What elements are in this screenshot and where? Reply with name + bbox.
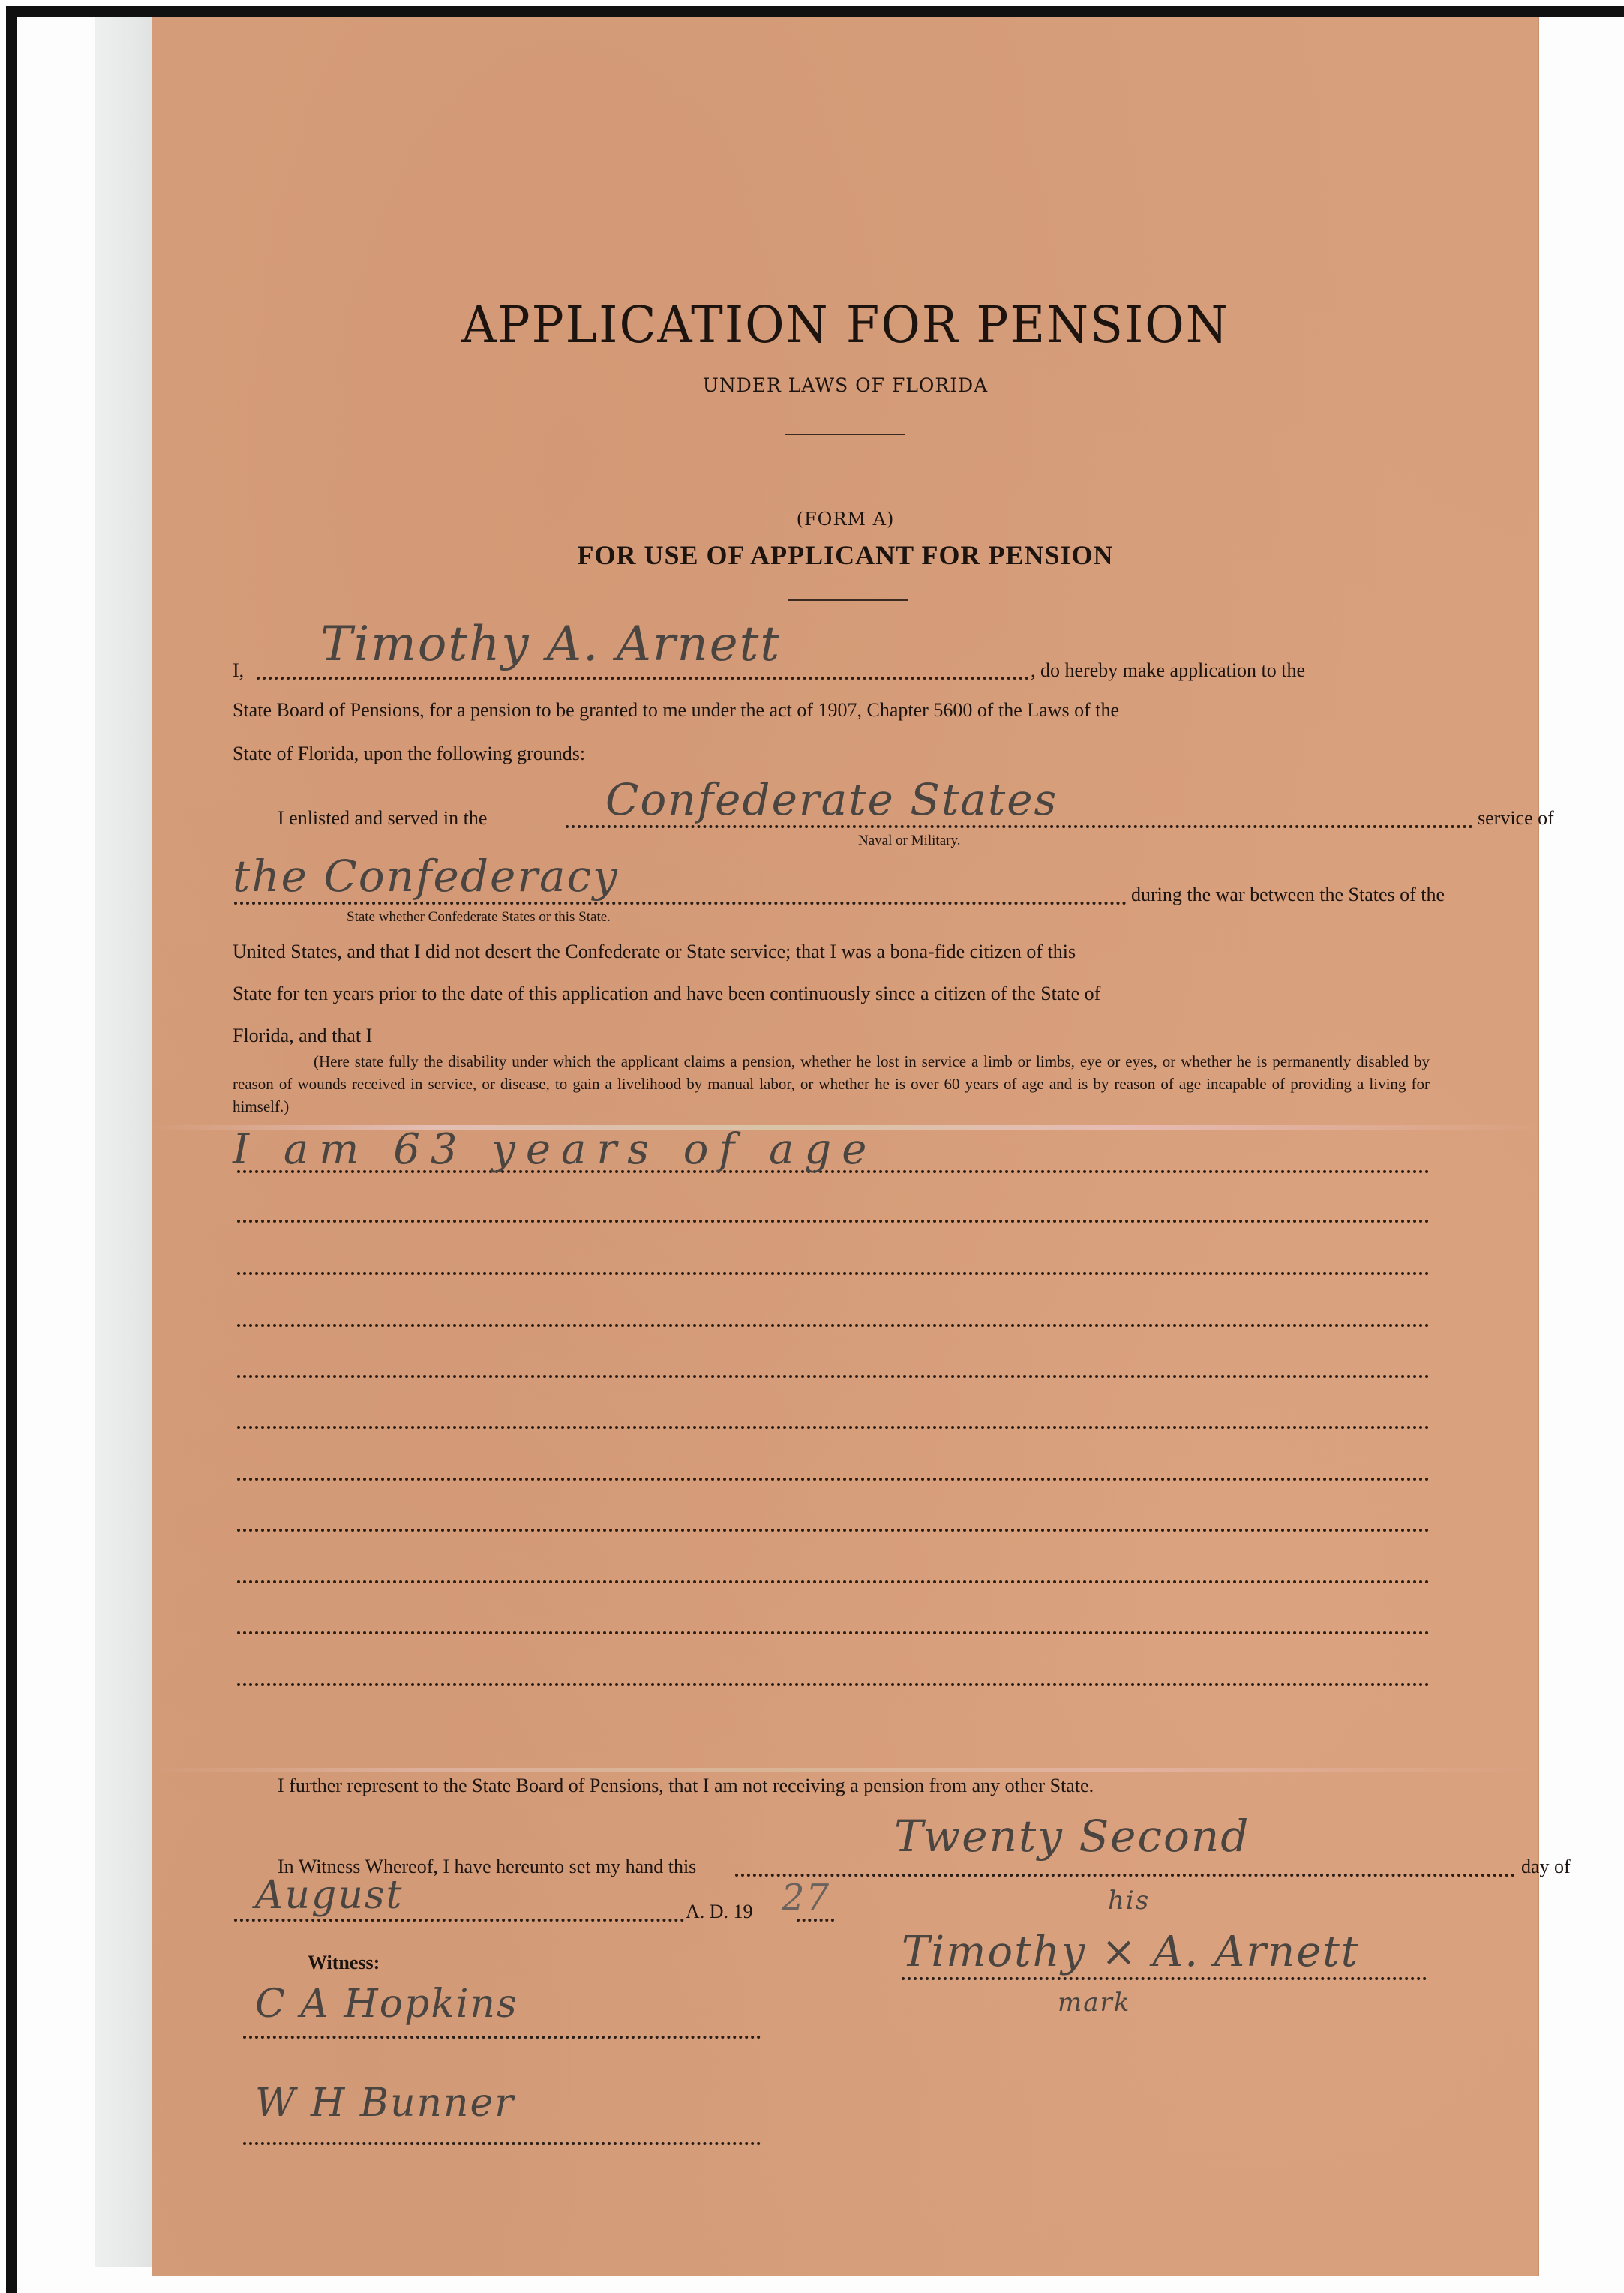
applicant-suffix: , do hereby make application to the [1031,658,1376,683]
disability-line-5[interactable] [237,1375,1430,1378]
witness-label: Witness: [308,1950,533,1976]
body-text: Florida, and that I [233,1023,1430,1049]
witness-2-field[interactable] [243,2142,761,2145]
signature-mark: mark [1058,1988,1130,2018]
applicant-signature: Timothy × A. Arnett [902,1928,1359,1976]
page-subtitle: UNDER LAWS OF FLORIDA [152,374,1539,396]
service-suffix: service of [1478,806,1583,831]
disability-line-8[interactable] [237,1529,1430,1532]
witness-1-signature: C A Hopkins [255,1982,518,2027]
service-field[interactable] [566,825,1473,828]
disability-line-7[interactable] [237,1478,1430,1481]
year-handwritten: 27 [782,1877,830,1919]
divider [788,599,908,601]
disability-line-10[interactable] [237,1631,1430,1634]
witness-1-field[interactable] [243,2036,761,2039]
allegiance-suffix: during the war between the States of the [1131,882,1581,908]
allegiance-handwritten: the Confederacy [233,851,619,902]
disability-line-4[interactable] [237,1324,1430,1327]
allegiance-caption: State whether Confederate States or this… [347,909,611,926]
month-handwritten: August [255,1873,403,1918]
disability-line-9[interactable] [237,1580,1430,1583]
plastic-sleeve [95,17,155,2267]
allegiance-field[interactable] [234,902,1127,905]
applicant-name-field[interactable] [257,677,1029,680]
disability-line-2[interactable] [237,1220,1430,1223]
scanner-frame-left [6,6,17,2293]
disability-instruction: (Here state fully the disability under w… [233,1050,1430,1118]
disability-handwritten: I am 63 years of age [233,1125,877,1174]
body-text: State for ten years prior to the date of… [233,981,1430,1007]
disability-line-11[interactable] [237,1683,1430,1686]
divider [785,434,905,435]
service-prefix: I enlisted and served in the [278,806,578,831]
year-field[interactable] [797,1919,834,1922]
disability-line-6[interactable] [237,1426,1430,1429]
signature-field[interactable] [902,1977,1427,1980]
applicant-name-handwritten: Timothy A. Arnett [320,617,781,672]
service-handwritten: Confederate States [605,774,1058,825]
witness-2-signature: W H Bunner [255,2081,515,2126]
page-title: APPLICATION FOR PENSION [152,296,1539,355]
day-handwritten: Twenty Second [894,1811,1250,1862]
other-pension-statement: I further represent to the State Board o… [278,1773,1475,1799]
scanner-frame-top [6,6,1624,17]
body-text: State of Florida, upon the following gro… [233,741,1430,767]
body-text: State Board of Pensions, for a pension t… [233,698,1430,723]
service-caption: Naval or Military. [858,833,960,849]
month-field[interactable] [234,1919,684,1922]
signature-his: his [1108,1886,1150,1916]
applicant-prefix: I, [233,659,244,681]
form-label: (FORM A) [152,509,1539,530]
witness-clause-suffix: day of [1521,1854,1589,1880]
pension-application-page: APPLICATION FOR PENSION UNDER LAWS OF FL… [152,17,1539,2276]
disability-line-3[interactable] [237,1272,1430,1275]
day-field[interactable] [735,1874,1515,1877]
body-text: United States, and that I did not desert… [233,939,1430,965]
fold-crease [152,1768,1539,1772]
form-heading: FOR USE OF APPLICANT FOR PENSION [152,539,1539,571]
